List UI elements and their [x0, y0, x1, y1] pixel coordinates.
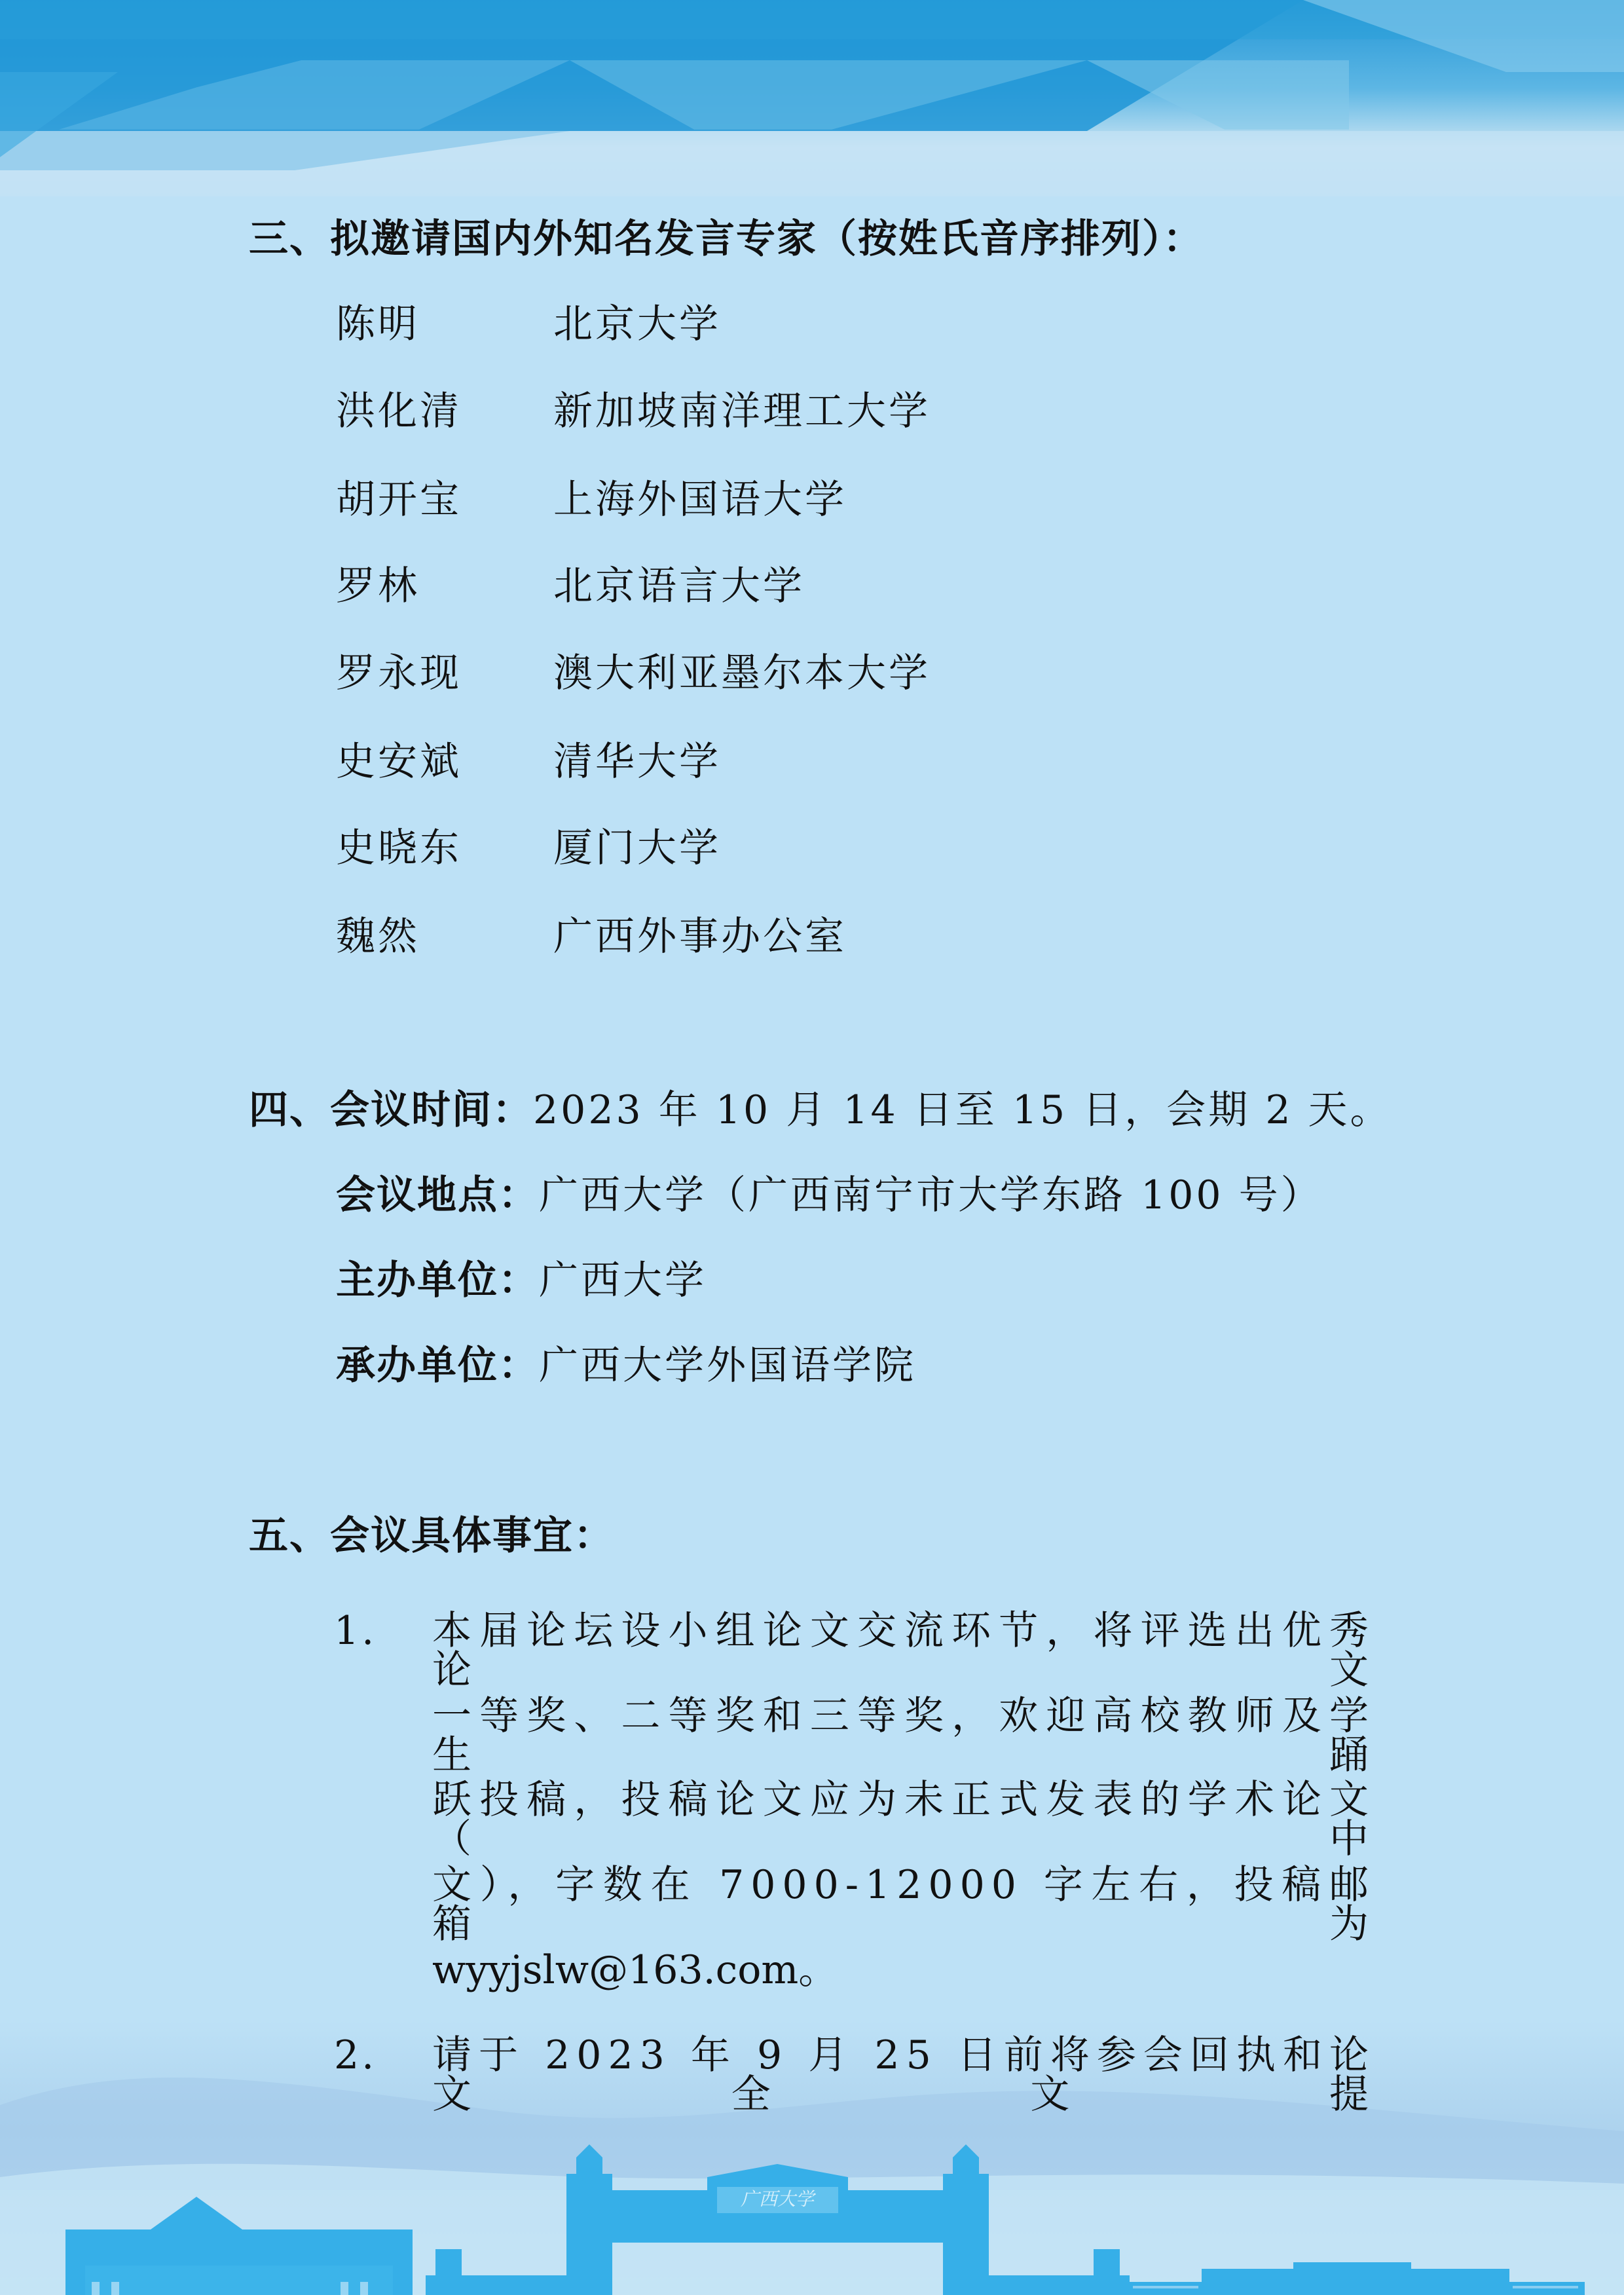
meeting-time-value: 2023 年 10 月 14 日至 15 日，会期 2 天。	[533, 1087, 1392, 1133]
paragraph-line: 一等奖、二等奖和三等奖，欢迎高校教师及学生踊	[432, 1696, 1375, 1775]
expert-name: 罗林	[336, 567, 420, 606]
section5-heading: 五、会议具体事宜：	[249, 1516, 614, 1556]
section3-heading: 三、拟邀请国内外知名发言专家（按姓氏音序排列）：	[249, 219, 1204, 259]
host-label: 主办单位：	[336, 1258, 539, 1303]
host-row: 主办单位：广西大学	[336, 1261, 707, 1300]
meeting-location-row: 会议地点：广西大学（广西南宁市大学东路 100 号）	[336, 1176, 1323, 1215]
expert-name: 史晓东	[336, 829, 462, 868]
expert-affiliation: 新加坡南洋理工大学	[553, 392, 931, 431]
organizer-row: 承办单位：广西大学外国语学院	[336, 1346, 916, 1385]
paragraph-line: 请于 2023 年 9 月 25 日前将参会回执和论文全文提	[432, 2036, 1375, 2114]
expert-name: 洪化清	[336, 392, 462, 431]
organizer-label: 承办单位：	[336, 1343, 539, 1389]
expert-affiliation: 广西外事办公室	[553, 917, 847, 956]
expert-name: 魏然	[336, 917, 420, 956]
expert-affiliation: 上海外国语大学	[553, 480, 847, 519]
expert-affiliation: 北京大学	[553, 305, 721, 344]
expert-affiliation: 厦门大学	[553, 829, 721, 868]
meeting-location-value: 广西大学（广西南宁市大学东路 100 号）	[539, 1172, 1323, 1218]
paragraph-line: 文），字数在 7000-12000 字左右，投稿邮箱为	[432, 1865, 1375, 1944]
list-item-number: 1.	[334, 1611, 377, 1651]
expert-name: 史安斌	[336, 742, 462, 781]
expert-affiliation: 澳大利亚墨尔本大学	[553, 654, 931, 693]
expert-name: 胡开宝	[336, 480, 462, 519]
organizer-value: 广西大学外国语学院	[539, 1343, 916, 1389]
paragraph-line: 跃投稿，投稿论文应为未正式发表的学术论文（中	[432, 1780, 1375, 1859]
expert-name: 罗永现	[336, 654, 462, 693]
section4-time-row: 四、会议时间：2023 年 10 月 14 日至 15 日，会期 2 天。	[249, 1091, 1392, 1130]
section4-heading-label: 四、会议时间：	[249, 1087, 533, 1133]
paragraph-line: 本届论坛设小组论文交流环节，将评选出优秀论文	[432, 1611, 1375, 1690]
meeting-location-label: 会议地点：	[336, 1172, 539, 1218]
document-page: 三、拟邀请国内外知名发言专家（按姓氏音序排列）： 陈明 北京大学 洪化清 新加坡…	[0, 0, 1624, 2295]
submission-email: wyyjslw@163.com。	[432, 1950, 1375, 1990]
expert-name: 陈明	[336, 305, 420, 344]
list-item-number: 2.	[334, 2036, 377, 2075]
host-value: 广西大学	[539, 1258, 707, 1303]
expert-affiliation: 清华大学	[553, 742, 721, 781]
expert-affiliation: 北京语言大学	[553, 567, 805, 606]
